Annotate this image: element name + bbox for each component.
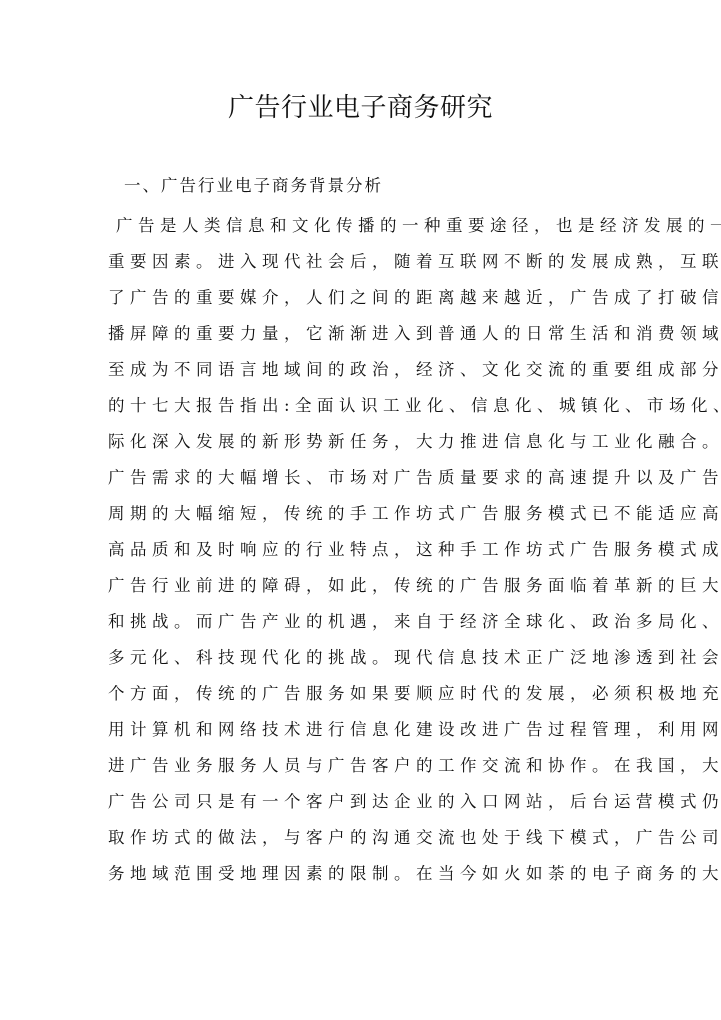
paragraph-line: 广告公司只是有一个客户到达企业的入口网站，后台运营模式仍然采 xyxy=(108,784,618,820)
paragraph-line: 广告行业前进的障碍，如此，传统的广告服务面临着革新的巨大压力 xyxy=(108,568,618,604)
document-page: 广告行业电子商务研究 一、广告行业电子商务背景分析 广告是人类信息和文化传播的一… xyxy=(0,0,721,1020)
paragraph-line: 务地域范围受地理因素的限制。在当今如火如荼的电子商务的大背景 xyxy=(108,856,618,892)
paragraph-line: 取作坊式的做法，与客户的沟通交流也处于线下模式，广告公司的服 xyxy=(108,820,618,856)
paragraph-line: 广告是人类信息和文化传播的一种重要途径，也是经济发展的一个 xyxy=(108,208,618,244)
paragraph-line: 高品质和及时响应的行业特点，这种手工作坊式广告服务模式成为了 xyxy=(108,532,618,568)
paragraph-line: 进广告业务服务人员与广告客户的工作交流和协作。在我国，大部分 xyxy=(108,748,618,784)
paragraph-line: 用计算机和网络技术进行信息化建设改进广告过程管理，利用网络促 xyxy=(108,712,618,748)
paragraph-line: 个方面，传统的广告服务如果要顺应时代的发展，必须积极地充分利 xyxy=(108,676,618,712)
document-title: 广告行业电子商务研究 xyxy=(0,88,721,128)
paragraph-line: 至成为不同语言地域间的政治，经济、文化交流的重要组成部分。党 xyxy=(108,352,618,388)
paragraph-line: 际化深入发展的新形势新任务，大力推进信息化与工业化融合。随着 xyxy=(108,424,618,460)
paragraph-line: 周期的大幅缩短，传统的手工作坊式广告服务模式已不能适应高效率、 xyxy=(108,496,618,532)
section-heading: 一、广告行业电子商务背景分析 xyxy=(108,172,383,200)
paragraph-line: 多元化、科技现代化的挑战。现代信息技术正广泛地渗透到社会的各 xyxy=(108,640,618,676)
paragraph-line: 的十七大报告指出:全面认识工业化、信息化、城镇化、市场化、国 xyxy=(108,388,618,424)
paragraph-line: 广告需求的大幅增长、市场对广告质量要求的高速提升以及广告制作 xyxy=(108,460,618,496)
paragraph-line: 了广告的重要媒介，人们之间的距离越来越近，广告成了打破信息传 xyxy=(108,280,618,316)
paragraph-line: 和挑战。而广告产业的机遇，来自于经济全球化、政治多局化、文化 xyxy=(108,604,618,640)
paragraph: 广告是人类信息和文化传播的一种重要途径，也是经济发展的一个 重要因素。进入现代社… xyxy=(108,208,618,892)
paragraph-line: 播屏障的重要力量，它渐渐进入到普通人的日常生活和消费领域，甚 xyxy=(108,316,618,352)
paragraph-line: 重要因素。进入现代社会后，随着互联网不断的发展成熟，互联网成 xyxy=(108,244,618,280)
